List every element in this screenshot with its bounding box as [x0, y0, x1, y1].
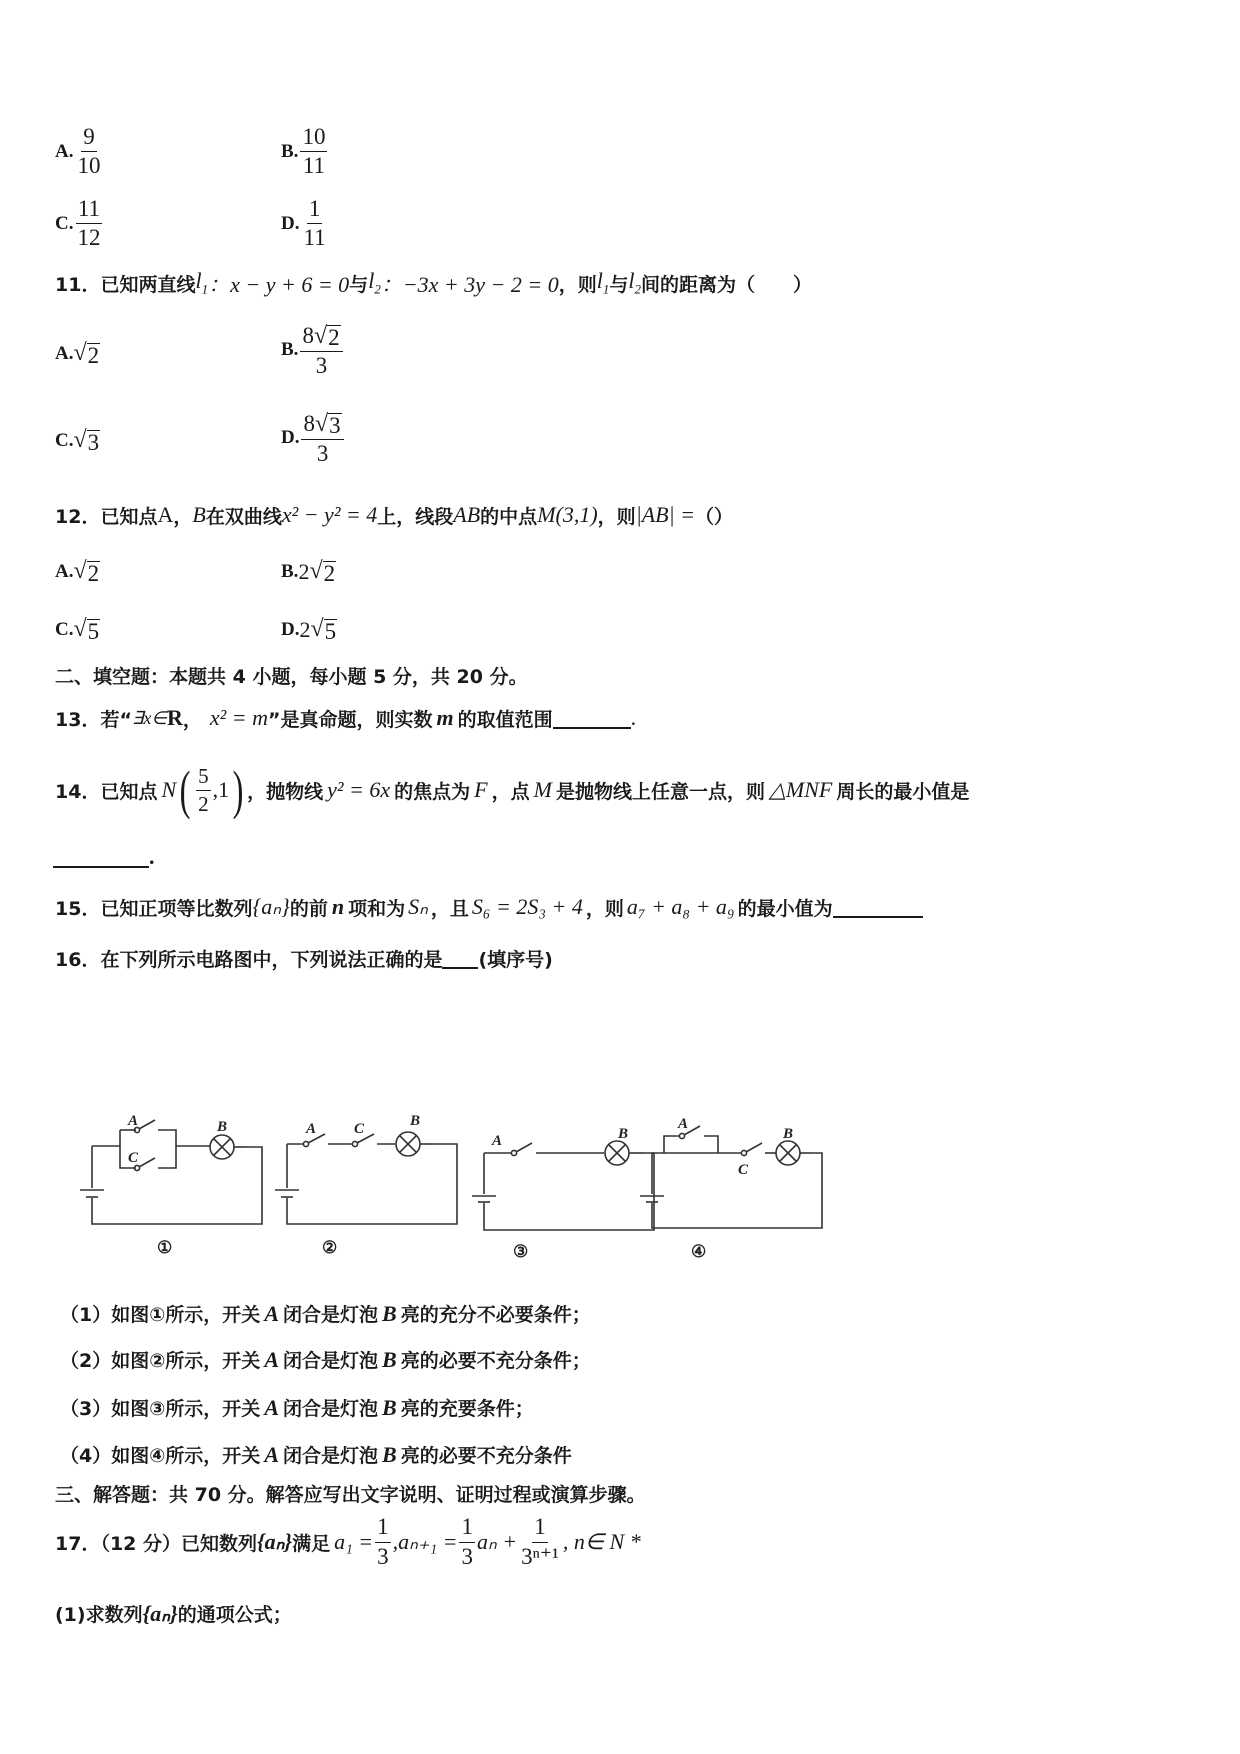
circuit-figure-3 [472, 1141, 654, 1230]
fraction: 1011 [300, 125, 327, 178]
bulb-label-b: B [782, 1126, 793, 1142]
question-text: 与 [349, 270, 368, 297]
fraction: 8√2 3 [300, 322, 342, 378]
option-label: B. [281, 339, 298, 361]
switch-a: A [264, 1442, 279, 1468]
answer-paren: （） [695, 502, 733, 529]
question-14: 14． 已知点 N ( 52 ,1 ) ，抛物线 y² = 6x 的焦点为 F … [55, 760, 969, 820]
numerator: 8√2 [300, 322, 342, 352]
circuit-figure-2 [275, 1132, 457, 1224]
statement-text: 闭合是灯泡 [283, 1441, 378, 1468]
question-number: 12． [55, 502, 100, 529]
statement-text: （4）如图④所示，开关 [60, 1441, 260, 1468]
point-n: N [161, 777, 176, 803]
statement-1: （1）如图①所示，开关 A 闭合是灯泡 B 亮的充分不必要条件； [60, 1300, 591, 1327]
option-label: C. [55, 213, 73, 235]
math-equation-2: ：−3x + 3y − 2 = 0 [381, 268, 559, 299]
q11-option-d: D. 8√3 3 [281, 410, 346, 466]
numerator: 10 [300, 125, 327, 152]
question-text: 的中点 [480, 502, 537, 529]
statement-text: 亮的必要不充分条件 [401, 1441, 572, 1468]
question-text: ， [183, 705, 202, 732]
answer-blank[interactable] [53, 846, 149, 868]
question-number: 15． [55, 894, 100, 921]
sqrt: √5 [73, 616, 100, 643]
period: . [149, 844, 155, 870]
math-equation-1: ：x − y + 6 = 0 [208, 268, 349, 299]
option-label: D. [281, 213, 299, 235]
focus-f: F [474, 777, 487, 803]
switch-a: A [264, 1301, 279, 1327]
right-paren: ) [233, 763, 244, 817]
bulb-label-b: B [216, 1119, 227, 1135]
section-2-heading: 二、填空题：本题共 4 小题，每小题 5 分，共 20 分。 [55, 662, 528, 689]
option-label: C. [55, 619, 73, 641]
numerator: 8√3 [301, 410, 343, 440]
question-text: 的焦点为 [394, 777, 470, 804]
statement-2: （2）如图②所示，开关 A 闭合是灯泡 B 亮的必要不充分条件； [60, 1346, 591, 1373]
figure-caption-4: ④ [691, 1242, 706, 1260]
figure-caption-1: ① [157, 1238, 172, 1257]
switch-label-c: C [738, 1162, 749, 1178]
question-text: ，点 [492, 777, 530, 804]
question-text: 与 [609, 270, 628, 297]
radical-sign: √ [314, 324, 327, 349]
fraction: 8√3 3 [301, 410, 343, 466]
radicand: 3 [87, 430, 101, 454]
math-l1: l1 [597, 268, 610, 297]
denominator: 11 [301, 224, 327, 250]
statement-text: 亮的必要不充分条件； [401, 1346, 591, 1373]
circuit-figure-4 [640, 1126, 822, 1228]
question-17-part-1: (1)求数列 {aₙ} 的通项公式； [55, 1600, 292, 1627]
q12-option-b: B. 2 √2 [281, 558, 336, 585]
coefficient: 2 [298, 559, 309, 585]
question-text: ， [173, 502, 192, 529]
triangle-mnf: △MNF [769, 777, 832, 803]
option-label: A. [55, 561, 73, 583]
question-number: 16． [55, 945, 100, 972]
option-label: B. [281, 141, 298, 163]
question-text: 的前 [290, 894, 328, 921]
question-text: ，且 [431, 894, 469, 921]
radical-sign: √ [73, 340, 86, 367]
sqrt: √2 [309, 558, 336, 585]
question-text: 是抛物线上任意一点，则 [556, 777, 765, 804]
numerator: 5 [196, 765, 211, 790]
question-16: 16． 在下列所示电路图中，下列说法正确的是 (填序号) [55, 944, 553, 972]
statement-text: （1）如图①所示，开关 [60, 1300, 260, 1327]
q11-option-c: C. √3 [55, 427, 100, 454]
question-text: 的取值范围 [458, 705, 553, 732]
variable-n: n [332, 894, 344, 920]
radical-sign: √ [315, 412, 328, 437]
radicand: 3 [328, 413, 342, 437]
variable-m: m [437, 705, 454, 731]
denominator: 3ⁿ⁺¹ [519, 1543, 561, 1569]
section-3-heading: 三、解答题：共 70 分。解答应写出文字说明、证明过程或演算步骤。 [55, 1480, 646, 1507]
equation: S₆ = 2S₃ + 4 [472, 894, 583, 920]
switch-label-a: A [491, 1133, 502, 1149]
bulb-b: B [382, 1301, 397, 1327]
sum-sn: Sₙ [408, 894, 428, 920]
q10-option-c: C. 1112 [55, 197, 104, 250]
part-text: (1)求数列 [55, 1600, 143, 1627]
radicand: 2 [327, 325, 341, 349]
question-number: 17．（12 分）已知数列 [55, 1529, 257, 1556]
option-label: A. [55, 343, 73, 365]
question-17: 17．（12 分）已知数列 {aₙ} 满足 a₁ = 13 , aₙ₊₁ = 1… [55, 1512, 641, 1572]
q10-option-a: A. 910 [55, 125, 104, 178]
coefficient: 2 [299, 617, 310, 643]
switch-label-a: A [677, 1116, 688, 1132]
q10-option-d: D. 111 [281, 197, 330, 250]
sqrt: √5 [310, 616, 337, 643]
denominator: 11 [301, 152, 327, 178]
circuit-figure-1 [80, 1120, 262, 1224]
radicand: 2 [87, 343, 101, 367]
question-15: 15． 已知正项等比数列 {aₙ} 的前 n 项和为 Sₙ ，且 S₆ = 2S… [55, 890, 923, 924]
fraction: 111 [301, 197, 327, 250]
question-text: ，抛物线 [247, 777, 323, 804]
numerator: 1 [375, 1515, 391, 1542]
bulb-b: B [382, 1442, 397, 1468]
question-text: 已知点 [100, 777, 157, 804]
answer-blank[interactable] [833, 896, 923, 918]
switch-label-a: A [305, 1121, 316, 1137]
sqrt: √2 [73, 340, 100, 367]
coefficient: 8 [303, 411, 315, 436]
q12-option-d: D. 2 √5 [281, 616, 337, 643]
option-label: D. [281, 619, 299, 641]
statement-4: （4）如图④所示，开关 A 闭合是灯泡 B 亮的必要不充分条件 [60, 1441, 572, 1468]
fraction: 13 [459, 1515, 475, 1568]
switch-label-c: C [128, 1150, 139, 1166]
q11-option-b: B. 8√2 3 [281, 322, 345, 378]
bulb-b: B [382, 1395, 397, 1421]
part-text: 的通项公式； [178, 1600, 292, 1627]
point-b: B [192, 502, 205, 528]
question-number: 14． [55, 777, 100, 804]
option-label: A. [55, 141, 73, 163]
q12-option-c: C. √5 [55, 616, 100, 643]
q12-option-a: A. √2 [55, 558, 100, 585]
abs-ab: |AB| = [636, 502, 695, 528]
equation: x² = m [210, 705, 268, 731]
question-text: ，则 [598, 502, 636, 529]
question-12: 12． 已知点 A ， B 在双曲线 x² − y² = 4 上，线段 AB 的… [55, 498, 733, 532]
option-label: C. [55, 430, 73, 452]
question-text: ，则 [586, 894, 624, 921]
numerator: 11 [76, 197, 102, 224]
question-text: 的最小值为 [738, 894, 833, 921]
q11-option-a: A. √2 [55, 340, 100, 367]
statement-text: （2）如图②所示，开关 [60, 1346, 260, 1373]
coordinate-y: ,1 [213, 777, 230, 803]
question-text: 周长的最小值是 [836, 777, 969, 804]
question-number: 11． [55, 270, 100, 297]
exists-quantifier: ∃x∈ [132, 708, 167, 729]
radicand: 2 [87, 561, 101, 585]
numerator: 1 [307, 197, 323, 224]
math-l2: l2 [628, 268, 641, 297]
fraction: 13 [375, 1515, 391, 1568]
radical-sign: √ [310, 616, 323, 643]
segment-ab: AB [453, 502, 480, 528]
parabola-equation: y² = 6x [327, 777, 390, 803]
real-set: R [167, 705, 183, 731]
fraction: 52 [196, 765, 211, 814]
point-m: M [534, 777, 552, 803]
statement-text: 亮的充分不必要条件； [401, 1300, 591, 1327]
sqrt: √2 [73, 558, 100, 585]
sequence-an: {aₙ} [252, 894, 289, 920]
denominator: 3 [375, 1543, 391, 1569]
question-13: 13． 若“ ∃x∈ R ， x² = m ”是真命题，则实数 m 的取值范围 … [55, 704, 636, 732]
radicand: 5 [87, 619, 101, 643]
expression: a₇ + a₈ + a₉ [627, 894, 735, 920]
denominator: 3 [315, 440, 331, 466]
statement-3: （3）如图③所示，开关 A 闭合是灯泡 B 亮的充要条件； [60, 1394, 534, 1421]
question-text: 已知两直线 [100, 270, 195, 297]
question-number: 13． [55, 705, 100, 732]
question-text: (填序号) [478, 945, 552, 972]
radical-sign: √ [73, 558, 86, 585]
answer-blank[interactable] [442, 947, 478, 969]
answer-blank[interactable] [553, 707, 631, 729]
question-text: 上，线段 [377, 502, 453, 529]
radical-sign: √ [73, 427, 86, 454]
point-a: A [157, 502, 173, 528]
q10-option-b: B. 1011 [281, 125, 329, 178]
midpoint-m: M(3,1) [537, 502, 597, 528]
statement-text: 亮的充要条件； [401, 1394, 534, 1421]
question-11: 11． 已知两直线 l1 ：x − y + 6 = 0 与 l2 ：−3x + … [55, 268, 812, 298]
statement-text: （3）如图③所示，开关 [60, 1394, 260, 1421]
switch-a: A [264, 1347, 279, 1373]
bulb-label-b: B [409, 1113, 420, 1129]
statement-text: 闭合是灯泡 [283, 1394, 378, 1421]
statement-text: 闭合是灯泡 [283, 1300, 378, 1327]
fraction: 910 [75, 125, 102, 178]
math-l2: l2 [368, 268, 381, 297]
denominator: 12 [75, 224, 102, 250]
sequence-an: {aₙ} [143, 1601, 178, 1627]
a1-term: a₁ = [334, 1529, 373, 1555]
radicand: 5 [324, 619, 338, 643]
statement-text: 闭合是灯泡 [283, 1346, 378, 1373]
fraction: 13ⁿ⁺¹ [519, 1515, 561, 1568]
an-term: aₙ + [477, 1529, 517, 1555]
question-text: ”是真命题，则实数 [268, 705, 433, 732]
numerator: 1 [532, 1515, 548, 1542]
bulb-label-b: B [617, 1126, 628, 1142]
radical-sign: √ [309, 558, 322, 585]
question-text: 间的距离为（ ） [641, 270, 812, 297]
sequence-an: {aₙ} [257, 1529, 292, 1555]
left-paren: ( [180, 763, 191, 817]
bulb-b: B [382, 1347, 397, 1373]
option-label: B. [281, 561, 298, 583]
math-l1: l1 [195, 268, 208, 297]
denominator: 3 [459, 1543, 475, 1569]
figure-caption-3: ③ [513, 1242, 528, 1260]
denominator: 3 [314, 352, 330, 378]
an1-term: aₙ₊₁ = [398, 1529, 457, 1555]
question-text: 在下列所示电路图中，下列说法正确的是 [100, 945, 442, 972]
figure-caption-2: ② [322, 1238, 337, 1257]
question-text: 满足 [292, 1529, 330, 1556]
coefficient: 8 [302, 323, 314, 348]
period: . [631, 705, 637, 731]
sqrt: √3 [73, 427, 100, 454]
switch-a: A [264, 1395, 279, 1421]
hyperbola-equation: x² − y² = 4 [282, 502, 377, 528]
radical-sign: √ [73, 616, 86, 643]
question-text: 已知正项等比数列 [100, 894, 252, 921]
q14-answer-line: . [53, 844, 155, 870]
question-text: 已知点 [100, 502, 157, 529]
numerator: 9 [81, 125, 97, 152]
question-text: ，则 [559, 270, 597, 297]
domain-condition: , n∈ N * [563, 1529, 641, 1555]
radicand: 2 [323, 561, 337, 585]
option-label: D. [281, 427, 299, 449]
fraction: 1112 [75, 197, 102, 250]
question-text: 若“ [100, 705, 132, 732]
question-text: 在双曲线 [206, 502, 282, 529]
circuit-diagrams: A C B A C B A B A C B ① ② ③ ④ [60, 1090, 880, 1260]
denominator: 2 [196, 791, 211, 815]
switch-label-a: A [127, 1113, 138, 1129]
numerator: 1 [459, 1515, 475, 1542]
switch-label-c: C [354, 1121, 365, 1137]
denominator: 10 [75, 152, 102, 178]
question-text: 项和为 [348, 894, 405, 921]
